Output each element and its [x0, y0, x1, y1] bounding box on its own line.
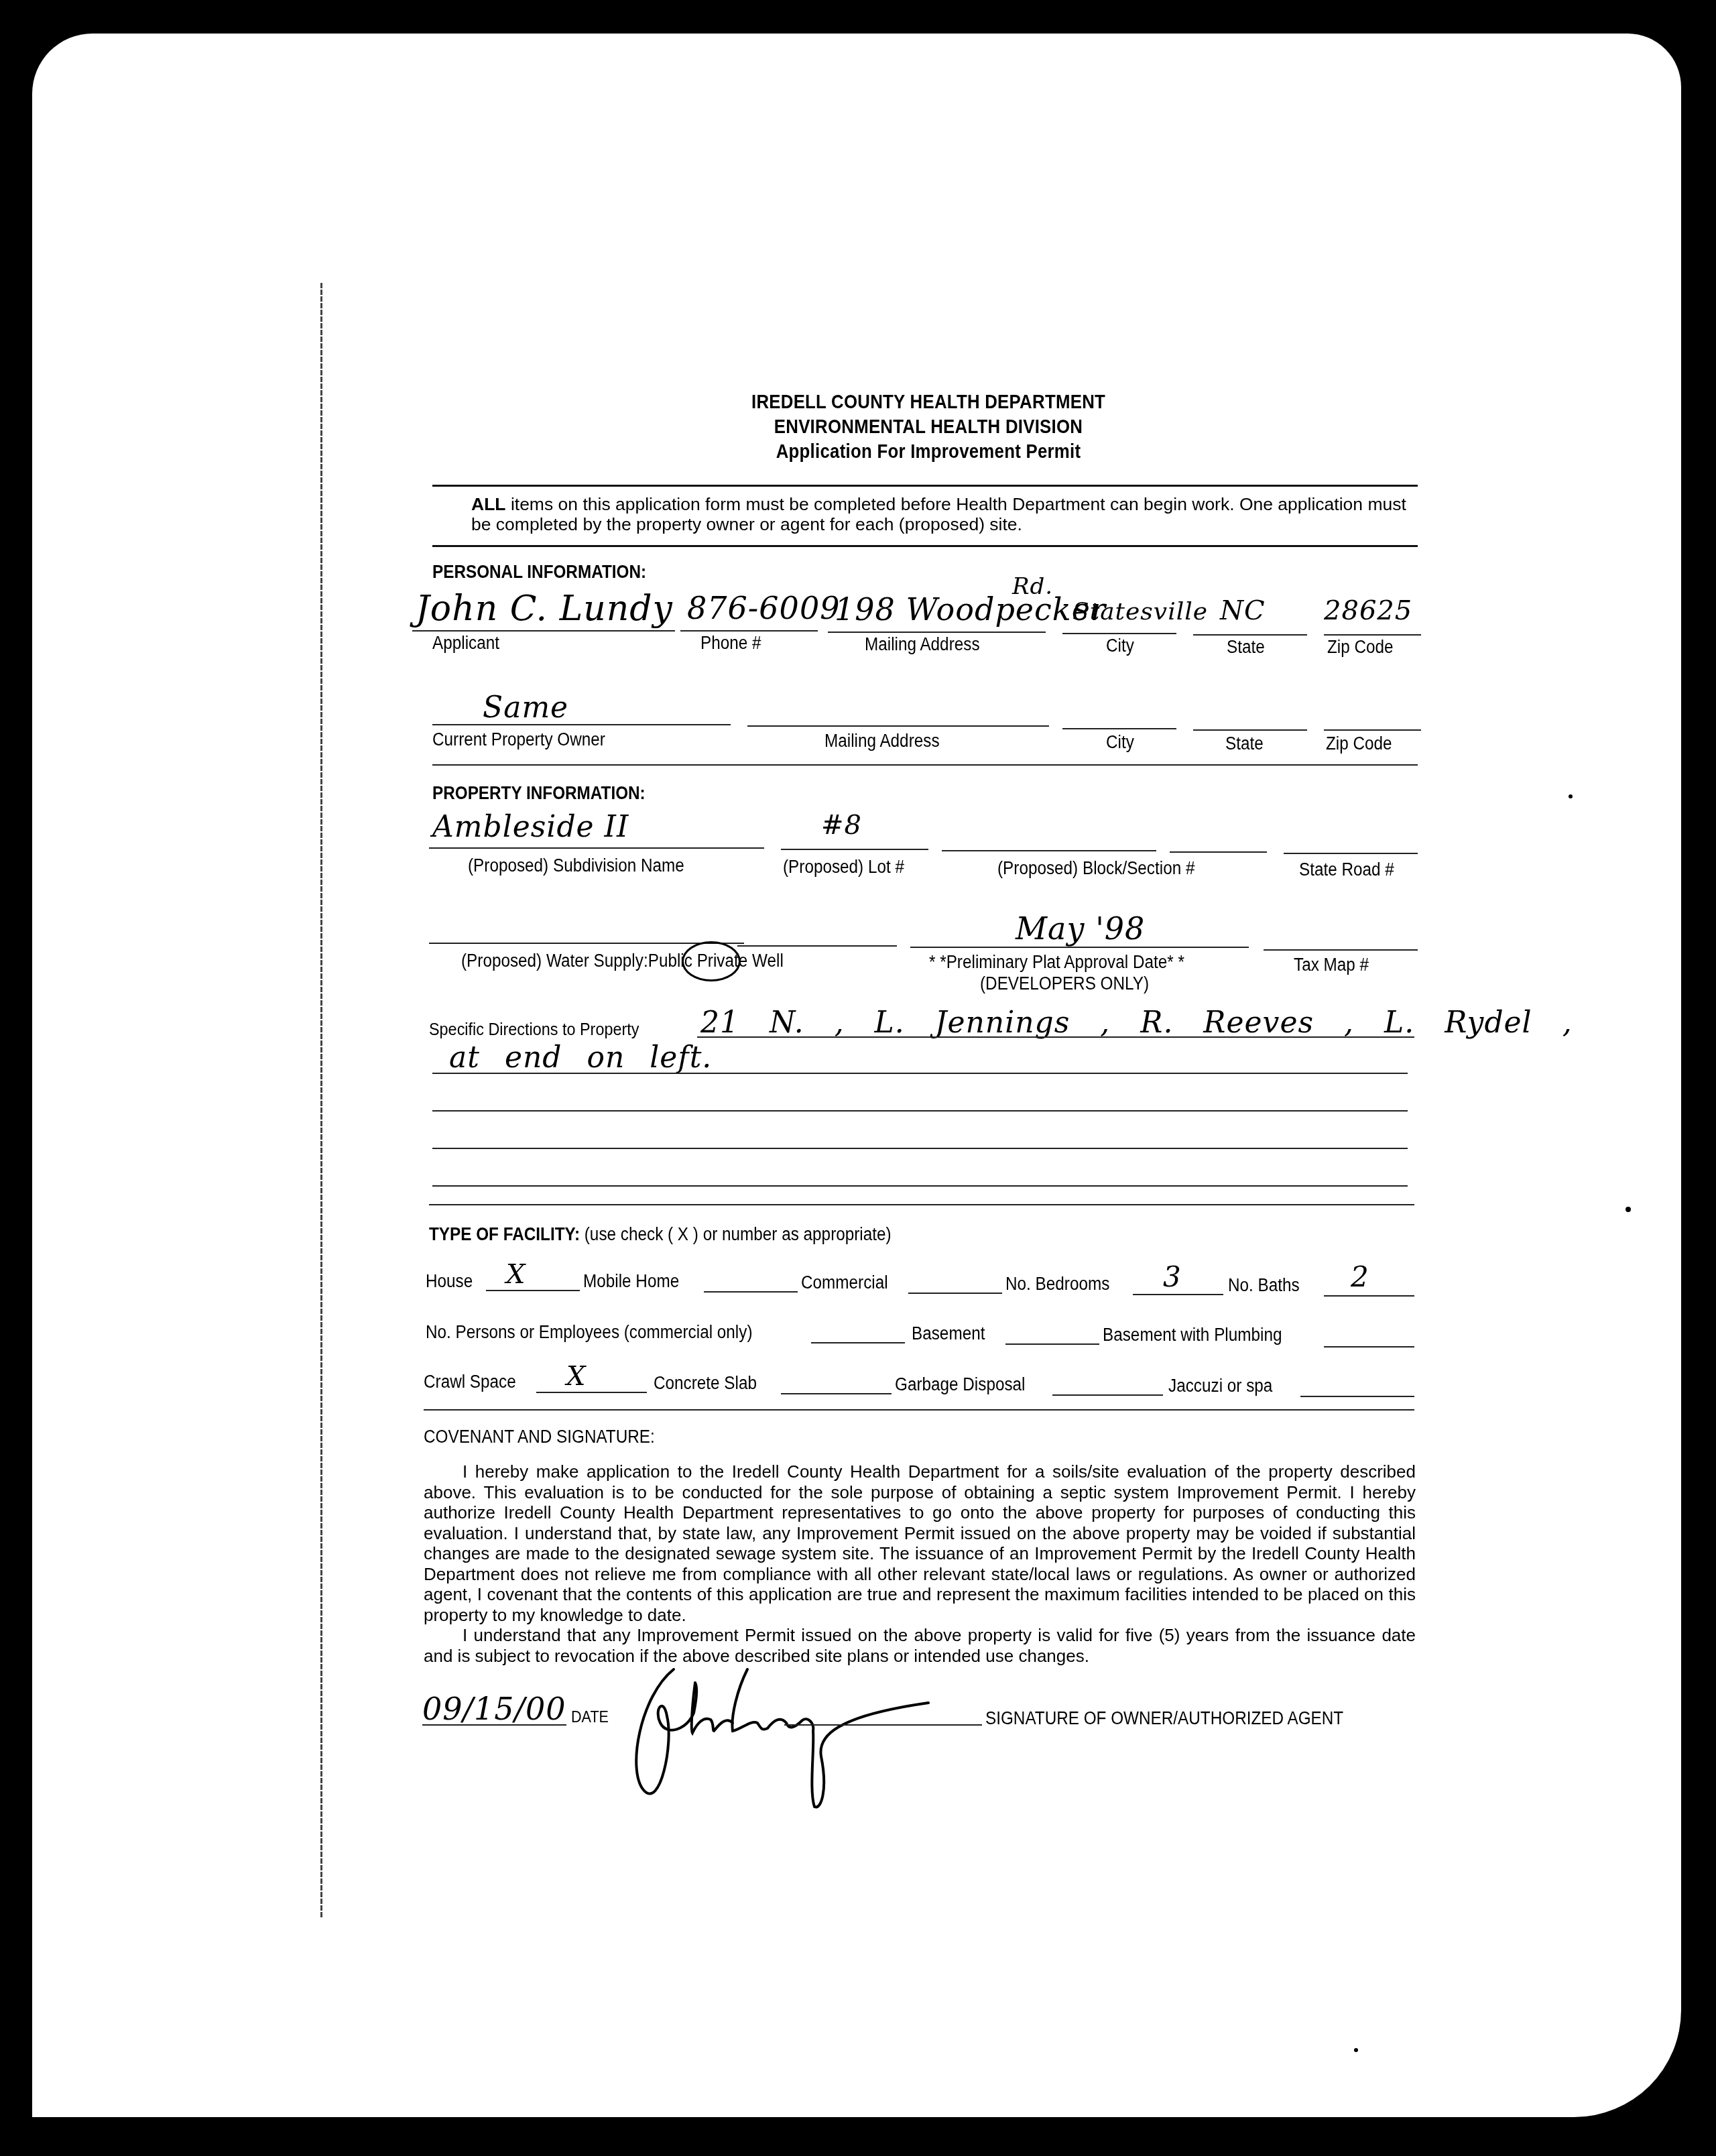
underline: [536, 1392, 647, 1393]
block-section-field[interactable]: [942, 850, 1156, 851]
baths-label: No. Baths: [1228, 1275, 1300, 1296]
covenant-heading: COVENANT AND SIGNATURE:: [424, 1427, 655, 1447]
underline: [1170, 851, 1267, 853]
zip-field[interactable]: 28625: [1324, 595, 1412, 626]
scan-speck: [1626, 1207, 1631, 1212]
margin-line: [320, 283, 322, 1919]
signature-icon: [613, 1656, 989, 1810]
directions-line-2[interactable]: at end on left.: [449, 1040, 712, 1075]
house-field[interactable]: X: [506, 1259, 526, 1290]
property-info-heading: PROPERTY INFORMATION:: [432, 783, 646, 804]
plat-label: * *Preliminary Plat Approval Date* *: [929, 952, 1184, 973]
mailing-address-suffix: Rd.: [1012, 573, 1053, 600]
divider: [432, 485, 1418, 487]
facility-heading: TYPE OF FACILITY: (use check ( X ) or nu…: [429, 1224, 892, 1245]
mailing-address-field[interactable]: 198 Woodpecker: [835, 591, 1106, 627]
block-label: (Proposed) Block/Section #: [997, 858, 1194, 879]
persons-field[interactable]: [811, 1342, 905, 1343]
instructions-notice: ALL items on this application form must …: [432, 494, 1424, 534]
underline: [432, 724, 731, 725]
underline: [784, 1724, 982, 1726]
concrete-slab-field[interactable]: [781, 1393, 892, 1394]
underline: [412, 630, 675, 632]
personal-info-heading: PERSONAL INFORMATION:: [432, 562, 646, 583]
covenant-paragraph-1: I hereby make application to the Iredell…: [424, 1461, 1416, 1625]
state-road-field[interactable]: [1284, 853, 1418, 854]
garbage-disposal-field[interactable]: [1052, 1394, 1163, 1396]
mailing-label: Mailing Address: [865, 634, 980, 655]
basement-plumbing-field[interactable]: [1324, 1346, 1414, 1347]
scan-speck: [1569, 794, 1573, 798]
lot-field[interactable]: #8: [821, 810, 862, 841]
date-field[interactable]: 09/15/00: [422, 1691, 566, 1727]
crawl-space-label: Crawl Space: [424, 1372, 516, 1392]
owner-label: Current Property Owner: [432, 729, 605, 750]
city-label: City: [1106, 636, 1134, 656]
applicant-label: Applicant: [432, 633, 499, 654]
owner-mailing-field[interactable]: [747, 725, 1049, 727]
jacuzzi-label: Jaccuzi or spa: [1168, 1376, 1272, 1396]
owner-zip-field[interactable]: [1324, 729, 1421, 731]
bedrooms-label: No. Bedrooms: [1005, 1274, 1109, 1295]
scan-speck: [1354, 2048, 1358, 2052]
city-field[interactable]: Statesville: [1072, 598, 1208, 625]
phone-field[interactable]: 876-6009: [687, 590, 840, 626]
owner-state-label: State: [1225, 733, 1264, 754]
plat-date-field[interactable]: May '98: [1016, 910, 1145, 947]
underline: [422, 1724, 566, 1726]
directions-line-3[interactable]: [432, 1110, 1408, 1112]
phone-label: Phone #: [700, 633, 761, 654]
state-field[interactable]: NC: [1220, 595, 1266, 626]
jacuzzi-field[interactable]: [1300, 1396, 1414, 1397]
underline: [697, 1036, 1414, 1038]
applicant-field[interactable]: John C. Lundy: [416, 589, 673, 629]
divider: [429, 1204, 1414, 1205]
underline: [910, 947, 1249, 948]
underline: [432, 1073, 1408, 1074]
owner-city-field[interactable]: [1062, 728, 1176, 729]
underline: [1324, 1295, 1414, 1297]
divider: [432, 545, 1418, 547]
water-supply-text: (Proposed) Water Supply:: [461, 951, 648, 971]
signature-field[interactable]: [613, 1656, 989, 1810]
signature-label: SIGNATURE OF OWNER/AUTHORIZED AGENT: [985, 1708, 1343, 1729]
underline: [1133, 1294, 1223, 1295]
directions-line-5[interactable]: [432, 1185, 1408, 1187]
divider: [424, 1409, 1414, 1411]
division-title: ENVIRONMENTAL HEALTH DIVISION: [130, 416, 1716, 438]
underline: [828, 632, 1046, 633]
bedrooms-field[interactable]: 3: [1163, 1260, 1182, 1293]
subdivision-field[interactable]: Ambleside II: [432, 810, 629, 844]
zip-label: Zip Code: [1327, 637, 1394, 658]
owner-zip-label: Zip Code: [1326, 733, 1392, 754]
concrete-slab-label: Concrete Slab: [654, 1373, 757, 1394]
garbage-disposal-label: Garbage Disposal: [895, 1374, 1026, 1395]
mobile-home-label: Mobile Home: [583, 1271, 679, 1292]
mobile-home-field[interactable]: [704, 1291, 798, 1293]
underline: [486, 1290, 580, 1291]
developers-only-note: (DEVELOPERS ONLY): [980, 973, 1149, 994]
divider: [432, 764, 1418, 766]
underline: [1324, 634, 1421, 636]
directions-label: Specific Directions to Property: [429, 1019, 639, 1040]
baths-field[interactable]: 2: [1351, 1260, 1369, 1293]
selection-circle-icon: [682, 941, 741, 981]
underline: [1193, 634, 1307, 636]
state-road-label: State Road #: [1299, 859, 1394, 880]
owner-state-field[interactable]: [1193, 729, 1307, 731]
owner-city-label: City: [1106, 732, 1134, 753]
basement-field[interactable]: [1005, 1343, 1099, 1345]
tax-map-field[interactable]: [1264, 949, 1418, 951]
owner-mailing-label: Mailing Address: [824, 731, 940, 752]
underline: [781, 849, 928, 850]
date-label: DATE: [571, 1708, 609, 1727]
form-title: Application For Improvement Permit: [130, 440, 1716, 463]
notice-text: items on this application form must be c…: [471, 494, 1406, 534]
underline: [737, 945, 897, 947]
basement-plumbing-label: Basement with Plumbing: [1103, 1325, 1282, 1345]
state-label: State: [1227, 637, 1265, 658]
commercial-field[interactable]: [908, 1293, 1002, 1294]
crawl-space-field[interactable]: X: [566, 1361, 586, 1392]
department-title: IREDELL COUNTY HEALTH DEPARTMENT: [130, 391, 1716, 414]
covenant-text: I hereby make application to the Iredell…: [424, 1461, 1416, 1666]
subdivision-label: (Proposed) Subdivision Name: [468, 855, 684, 876]
underline: [429, 847, 764, 849]
house-label: House: [426, 1271, 473, 1292]
underline: [680, 630, 818, 632]
commercial-label: Commercial: [801, 1272, 888, 1293]
lot-label: (Proposed) Lot #: [783, 857, 904, 878]
notice-emphasis: ALL: [471, 494, 506, 514]
basement-label: Basement: [912, 1323, 985, 1344]
tax-map-label: Tax Map #: [1294, 955, 1369, 975]
underline: [1062, 633, 1176, 634]
owner-field[interactable]: Same: [483, 691, 568, 725]
directions-line-4[interactable]: [432, 1148, 1408, 1149]
persons-label: No. Persons or Employees (commercial onl…: [426, 1322, 753, 1343]
directions-line-1[interactable]: 21 N. , L. Jennings , R. Reeves , L. Ryd…: [700, 1006, 1573, 1040]
